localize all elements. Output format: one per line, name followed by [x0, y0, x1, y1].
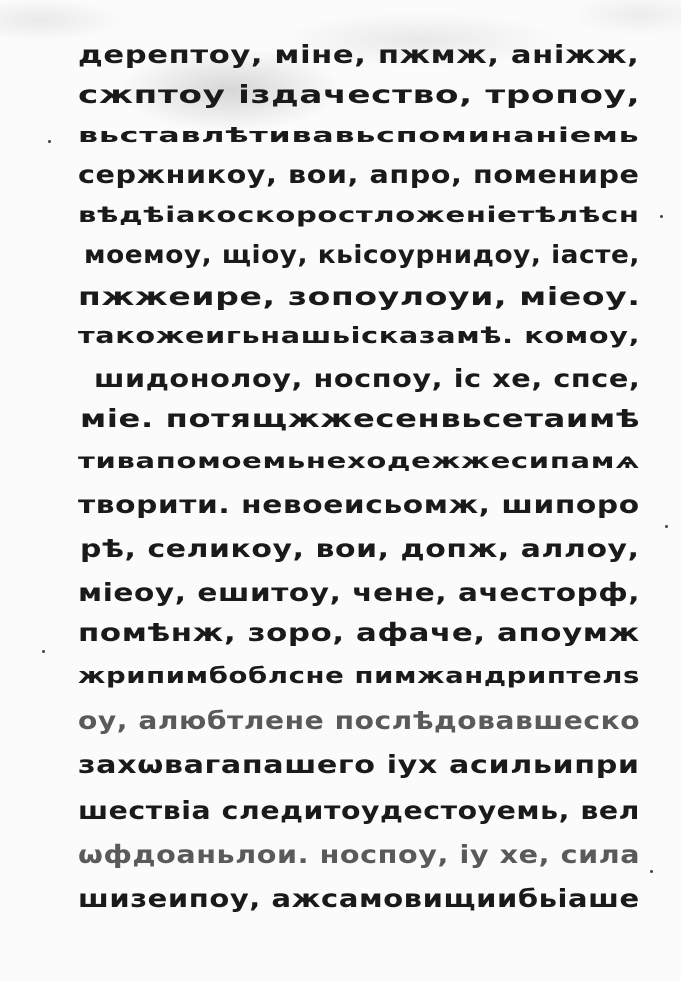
ink-speck [650, 870, 653, 873]
ink-speck [48, 140, 51, 143]
text-line-11: тивапомоемьнеходежжесипамѧ [78, 446, 640, 476]
text-line-20: ѡфдоаньлои. носпоу, іу хе, сила [78, 840, 640, 870]
manuscript-page: дерептоу, міне, пжмж, аніжж, сжптоу ізда… [0, 0, 681, 981]
text-line-15: помѣнж, зоро, афаче, апоумж [78, 618, 640, 648]
text-line-7: пжжеире, зопоулоуи, міеоу. [78, 282, 641, 312]
text-line-3: вьставлѣтивавьспоминаніемь [78, 120, 639, 150]
text-line-12: творити. невоеисьомж, шипоро [78, 490, 640, 520]
text-line-10: міе. потящжжесенвьсетаимѣ [80, 404, 640, 434]
text-line-14: міеоу, ешитоу, чене, ачесторф, [78, 578, 640, 608]
text-line-16: жрипимбоблсне пимжандриптелѕ [78, 662, 640, 692]
ink-speck [660, 215, 663, 218]
ink-speck [665, 525, 668, 528]
text-line-21: шизеипоу, ажсамовищиибьіаше [78, 884, 640, 914]
text-line-4: сержникоу, вои, апро, поменире [78, 160, 640, 190]
text-line-5: вѣдѣіакоскоростложеніетѣлѣсн [78, 200, 640, 230]
text-line-1: дерептоу, міне, пжмж, аніжж, [78, 40, 639, 70]
text-line-18: захѡвагапашего іух асильипри [78, 750, 640, 780]
text-line-2: сжптоу іздачество, тропоу, [78, 80, 640, 110]
ink-speck [42, 650, 45, 653]
text-line-17: оу, алюбтлене послѣдовавшеско [78, 706, 640, 736]
text-line-19: шествіа следитоудестоуемь, вел [78, 796, 640, 826]
text-line-6: моемоу, щіоу, кьісоурнидоу, іасте, [84, 240, 640, 270]
text-line-9: шидонолоу, носпоу, іс хе, спсе, [94, 364, 640, 394]
text-line-13: рѣ, селикоу, вои, допж, аллоу, [80, 534, 640, 564]
text-line-8: такожеигьнашьісказамѣ. комоу, [78, 322, 640, 352]
